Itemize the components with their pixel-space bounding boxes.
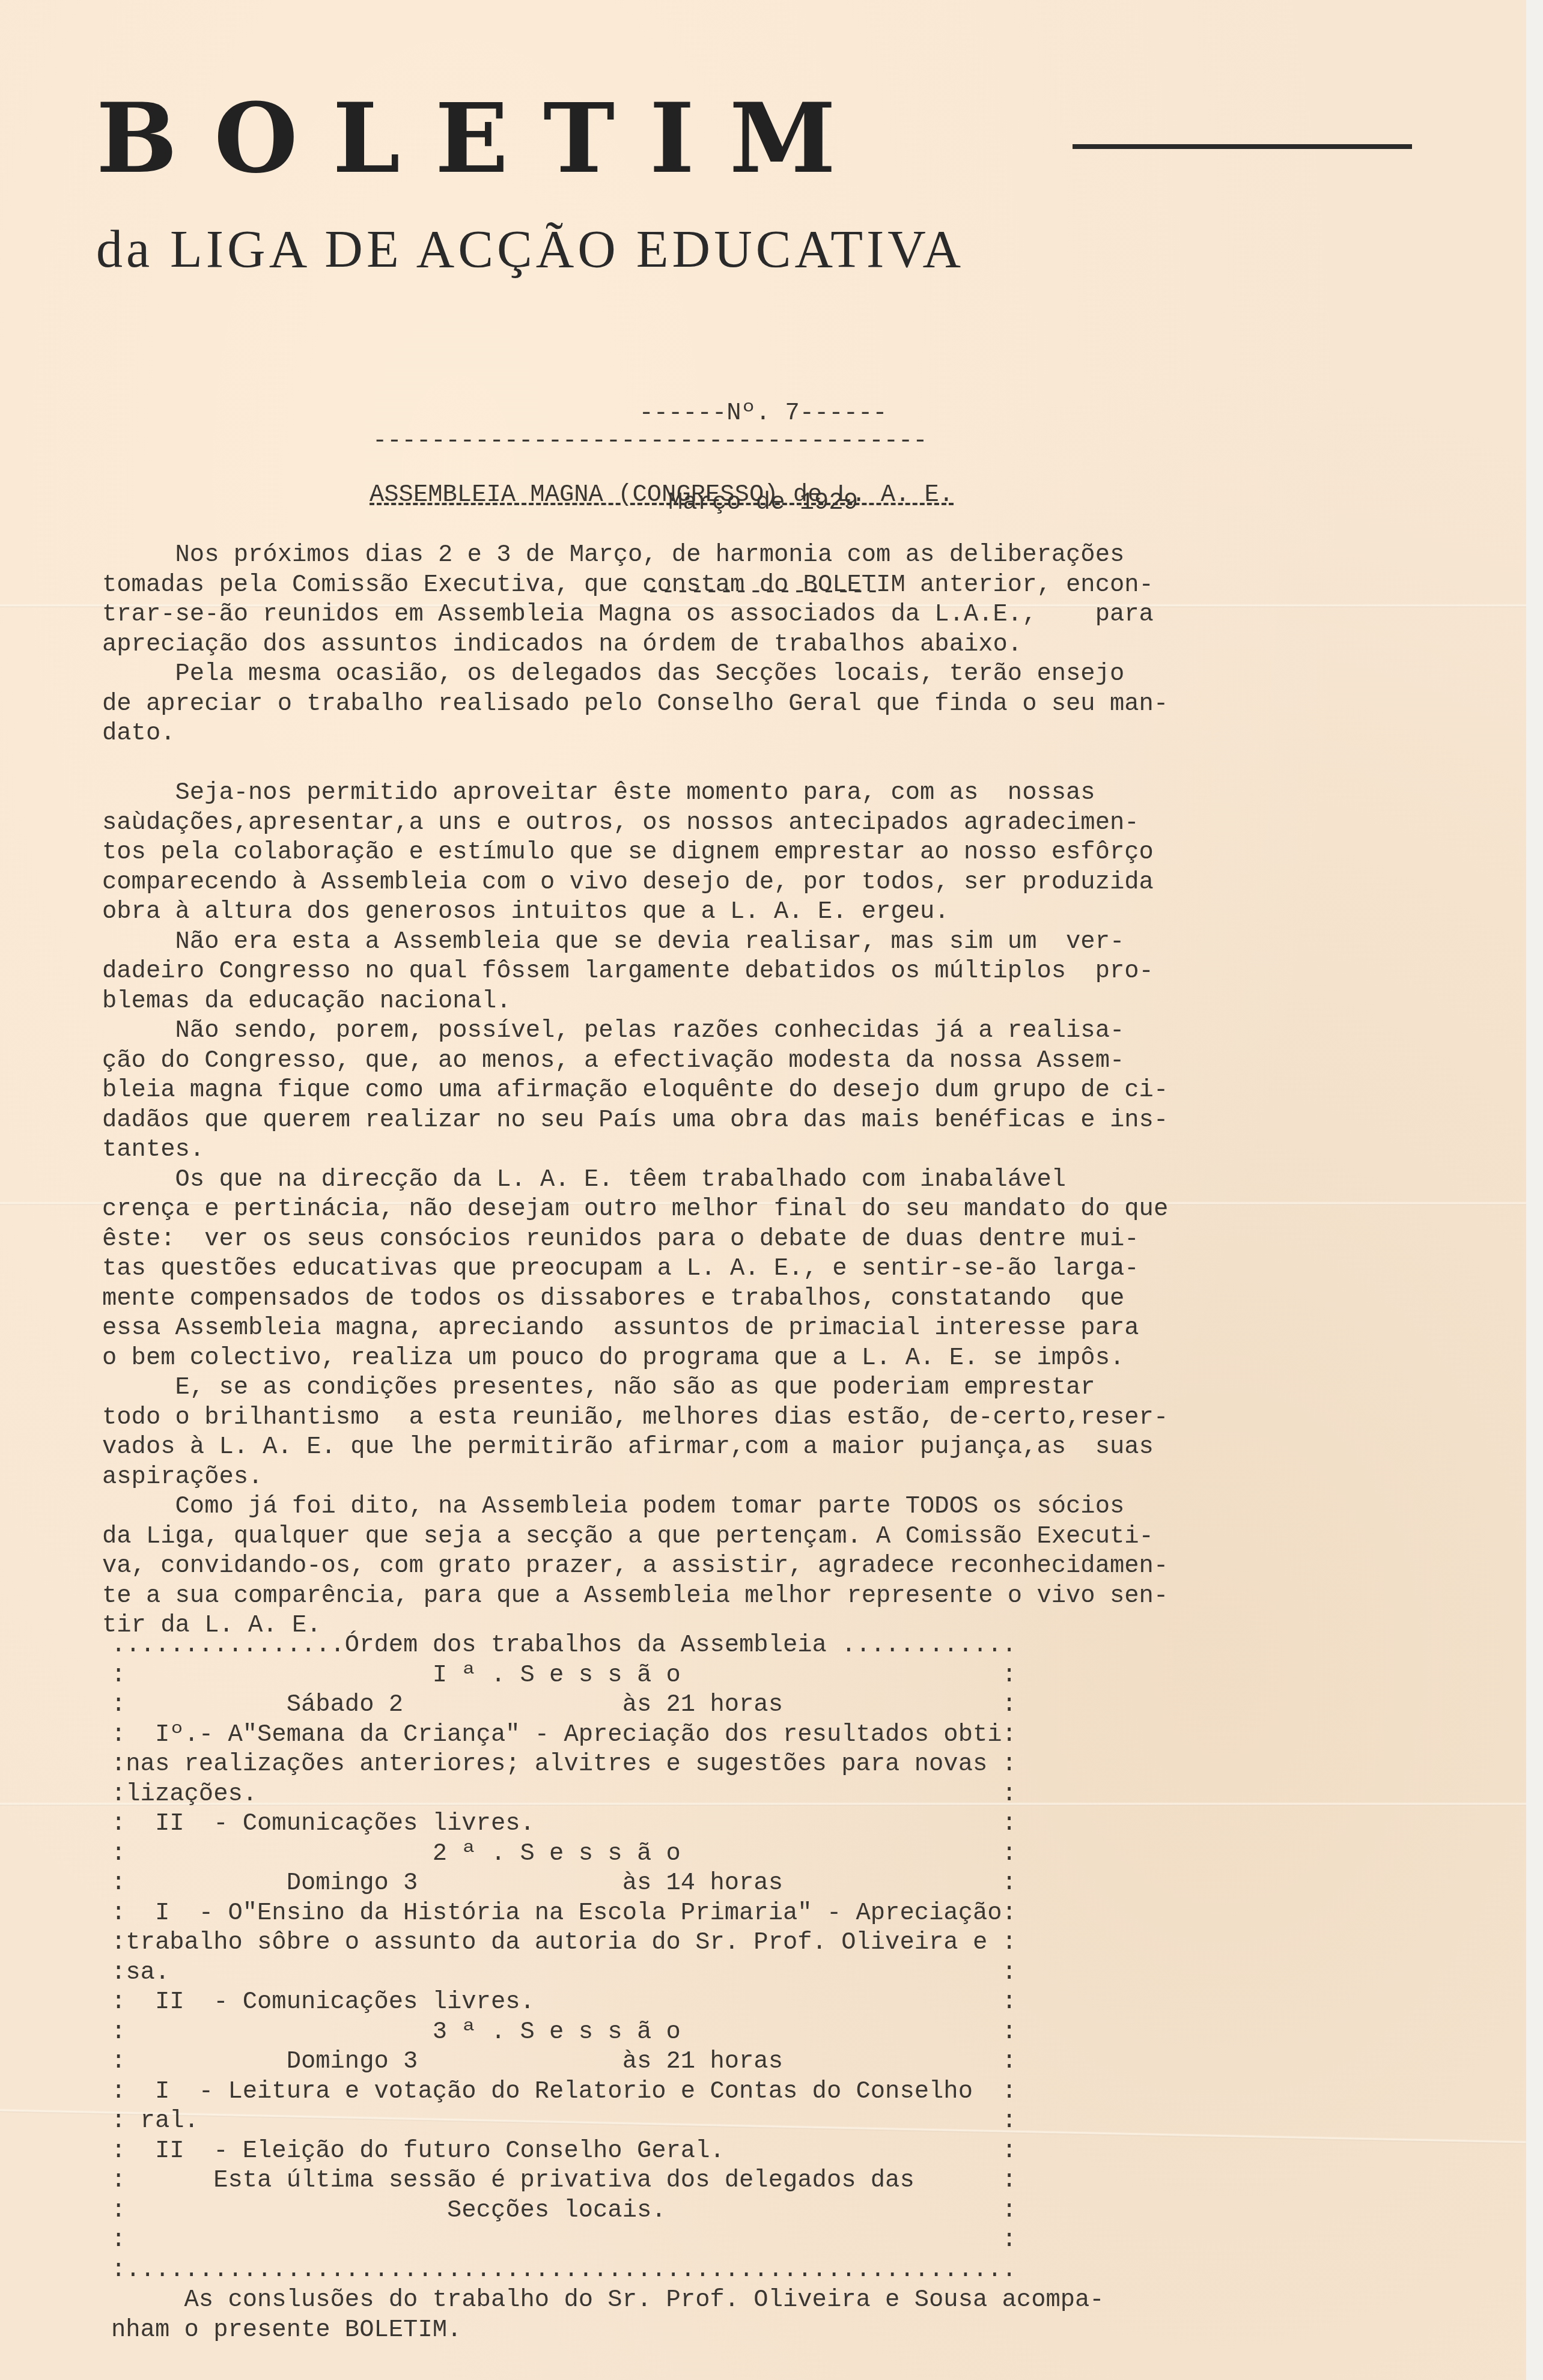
body-line: tos pela colaboração e estímulo que se d… (102, 838, 1168, 868)
body-line: vados à L. A. E. que lhe permitirão afir… (102, 1433, 1168, 1463)
body-line: tas questões educativas que preocupam a … (102, 1254, 1168, 1284)
closing-line: nham o presente BOLETIM. (111, 2316, 1104, 2346)
body-line: saùdações,apresentar,a uns e outros, os … (102, 809, 1168, 839)
session-item: :nas realizações anteriores; alvitres e … (111, 1750, 1017, 1780)
order-of-work-box: ................Órdem dos trabalhos da A… (111, 1631, 1017, 2285)
session-schedule: : Domingo 3 às 14 horas : (111, 1869, 1017, 1899)
session-note: : Secções locais. : (111, 2196, 1017, 2226)
body-line: todo o brilhantismo a esta reunião, melh… (102, 1403, 1168, 1433)
session-item: : II - Comunicações livres. : (111, 1988, 1017, 2018)
session-item: : II - Comunicações livres. : (111, 1809, 1017, 1839)
body-line (102, 749, 1168, 779)
body-line: dato. (102, 719, 1168, 749)
session-item: : ral. : (111, 2107, 1017, 2137)
session-schedule: : Sábado 2 às 21 horas : (111, 1690, 1017, 1720)
body-line: Seja-nos permitido aproveitar êste momen… (102, 779, 1168, 809)
session-item: : I - O"Ensino da História na Escola Pri… (111, 1899, 1017, 1929)
body-line: comparecendo à Assembleia com o vivo des… (102, 868, 1168, 898)
body-line: bleia magna fique como uma afirmação elo… (102, 1076, 1168, 1106)
body-line: blemas da educação nacional. (102, 987, 1168, 1017)
session-item: :lizações. : (111, 1780, 1017, 1810)
body-line: obra à altura dos generosos intuitos que… (102, 897, 1168, 927)
box-bottom-border: :.......................................… (111, 2256, 1017, 2286)
body-line: E, se as condições presentes, não são as… (102, 1373, 1168, 1403)
body-line: aspirações. (102, 1463, 1168, 1493)
body-line: trar-se-ão reunidos em Assembleia Magna … (102, 600, 1168, 630)
body-line: va, convidando-os, com grato prazer, a a… (102, 1552, 1168, 1582)
body-line: Não sendo, porem, possível, pelas razões… (102, 1016, 1168, 1046)
body-line: o bem colectivo, realiza um pouco do pro… (102, 1344, 1168, 1374)
body-line: êste: ver os seus consócios reunidos par… (102, 1225, 1168, 1255)
body-line: tomadas pela Comissão Executiva, que con… (102, 571, 1168, 601)
body-line: Os que na direcção da L. A. E. têem trab… (102, 1165, 1168, 1195)
body-line: dadãos que querem realizar no seu País u… (102, 1106, 1168, 1136)
body-line: dadeiro Congresso no qual fôssem largame… (102, 957, 1168, 987)
body-line: apreciação dos assuntos indicados na órd… (102, 630, 1168, 660)
session-item: : Iº.- A"Semana da Criança" - Apreciação… (111, 1720, 1017, 1750)
body-line: Como já foi dito, na Assembleia podem to… (102, 1492, 1168, 1522)
session-schedule: : Domingo 3 às 21 horas : (111, 2047, 1017, 2077)
article-body: Nos próximos dias 2 e 3 de Março, de har… (102, 541, 1168, 1641)
session-item: :trabalho sôbre o assunto da autoria do … (111, 1928, 1017, 1958)
masthead-subtitle: da LIGA DE ACÇÃO EDUCATIVA (96, 219, 964, 280)
session-item: :sa. : (111, 1958, 1017, 1988)
closing-note: As conslusões do trabalho do Sr. Prof. O… (111, 2286, 1104, 2345)
body-line: de apreciar o trabalho realisado pelo Co… (102, 690, 1168, 720)
session-item: : II - Eleição do futuro Conselho Geral.… (111, 2137, 1017, 2167)
masthead-title: BOLETIM (96, 90, 871, 186)
body-line: te a sua comparência, para que a Assembl… (102, 1582, 1168, 1612)
session-title: : 2 ª . S e s s ã o : (111, 1839, 1017, 1869)
body-line: crença e pertinácia, não desejam outro m… (102, 1195, 1168, 1225)
box-spacer: : : (111, 2226, 1017, 2256)
closing-line: As conslusões do trabalho do Sr. Prof. O… (111, 2286, 1104, 2316)
session-title: : 3 ª . S e s s ã o : (111, 2018, 1017, 2048)
document-page: BOLETIM da LIGA DE ACÇÃO EDUCATIVA -----… (0, 0, 1526, 2380)
body-line: Não era esta a Assembleia que se devia r… (102, 927, 1168, 958)
body-line: ção do Congresso, que, ao menos, a efect… (102, 1046, 1168, 1076)
article-heading: ASSEMBLEIA MAGNA (CONGRESSO) de L. A. E. (370, 481, 954, 511)
body-line: Pela mesma ocasião, os delegados das Sec… (102, 660, 1168, 690)
session-title: : I ª . S e s s ã o : (111, 1661, 1017, 1691)
body-line: Nos próximos dias 2 e 3 de Março, de har… (102, 541, 1168, 571)
session-note: : Esta última sessão é privativa dos del… (111, 2166, 1017, 2196)
body-line: mente compensados de todos os dissabores… (102, 1284, 1168, 1314)
order-title: ................Órdem dos trabalhos da A… (111, 1631, 1017, 1661)
body-line: essa Assembleia magna, apreciando assunt… (102, 1314, 1168, 1344)
session-item: : I - Leitura e votação do Relatorio e C… (111, 2077, 1017, 2107)
body-line: tantes. (102, 1135, 1168, 1165)
masthead-rule (1073, 144, 1412, 149)
body-line: da Liga, qualquer que seja a secção a qu… (102, 1522, 1168, 1552)
section-separator: -------------------------------------- (373, 427, 928, 457)
issue-number: ------Nº. 7------ (0, 399, 1526, 429)
